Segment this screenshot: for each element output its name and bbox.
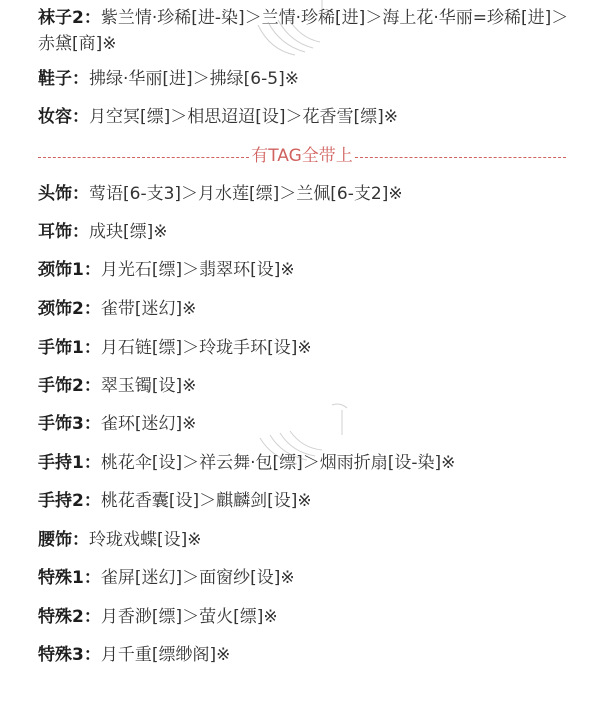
item-label: 颈饰2： (38, 299, 101, 319)
item-row-waist: 腰饰：玲珑戏蝶[设]※ (38, 527, 202, 553)
item-label: 鞋子： (38, 69, 89, 89)
item-value: 翠玉镯[设]※ (101, 376, 197, 396)
item-label: 袜子2： (38, 8, 101, 28)
item-row-socks-2: 袜子2：紫兰情·珍稀[进-染]＞兰情·珍稀[进]＞海上花·华丽=珍稀[进]＞赤黛… (38, 5, 578, 57)
item-label: 头饰： (38, 184, 89, 204)
item-label: 腰饰： (38, 530, 89, 550)
section-divider: 有TAG全带上 (38, 143, 566, 169)
item-value: 月千重[缥缈阁]※ (101, 645, 231, 665)
item-value: 紫兰情·珍稀[进-染]＞兰情·珍稀[进]＞海上花·华丽=珍稀[进]＞赤黛[商]※ (38, 8, 568, 54)
item-row-bracelet-3: 手饰3：雀环[迷幻]※ (38, 411, 196, 437)
item-row-handheld-1: 手持1：桃花伞[设]＞祥云舞·包[缥]＞烟雨折扇[设-染]※ (38, 450, 455, 476)
item-row-special-3: 特殊3：月千重[缥缈阁]※ (38, 642, 230, 668)
item-row-makeup: 妆容：月空冥[缥]＞相思迢迢[设]＞花香雪[缥]※ (38, 104, 398, 130)
divider-line-left (38, 157, 249, 158)
item-value: 月石链[缥]＞玲珑手环[设]※ (101, 338, 312, 358)
item-value: 桃花伞[设]＞祥云舞·包[缥]＞烟雨折扇[设-染]※ (101, 453, 456, 473)
item-label: 手饰3： (38, 414, 101, 434)
item-row-necklace-2: 颈饰2：雀带[迷幻]※ (38, 296, 196, 322)
item-label: 妆容： (38, 107, 89, 127)
item-value: 成玦[缥]※ (89, 222, 168, 242)
item-value: 拂绿·华丽[进]＞拂绿[6-5]※ (89, 69, 299, 89)
item-label: 手持1： (38, 453, 101, 473)
item-label: 耳饰： (38, 222, 89, 242)
item-row-necklace-1: 颈饰1：月光石[缥]＞翡翠环[设]※ (38, 257, 295, 283)
item-value: 雀屏[迷幻]＞面窗纱[设]※ (101, 568, 295, 588)
item-label: 颈饰1： (38, 260, 101, 280)
divider-title: 有TAG全带上 (249, 143, 355, 169)
item-row-bracelet-2: 手饰2：翠玉镯[设]※ (38, 373, 196, 399)
item-value: 月香渺[缥]＞萤火[缥]※ (101, 607, 278, 627)
item-row-earrings: 耳饰：成玦[缥]※ (38, 219, 168, 245)
item-value: 莺语[6-支3]＞月水莲[缥]＞兰佩[6-支2]※ (89, 184, 403, 204)
item-label: 手饰2： (38, 376, 101, 396)
item-value: 月光石[缥]＞翡翠环[设]※ (101, 260, 295, 280)
item-row-bracelet-1: 手饰1：月石链[缥]＞玲珑手环[设]※ (38, 335, 312, 361)
item-label: 手饰1： (38, 338, 101, 358)
item-label: 手持2： (38, 491, 101, 511)
item-label: 特殊3： (38, 645, 101, 665)
item-value: 雀带[迷幻]※ (101, 299, 197, 319)
item-value: 玲珑戏蝶[设]※ (89, 530, 202, 550)
item-value: 雀环[迷幻]※ (101, 414, 197, 434)
item-row-handheld-2: 手持2：桃花香囊[设]＞麒麟剑[设]※ (38, 488, 312, 514)
divider-line-right (355, 157, 566, 158)
item-value: 桃花香囊[设]＞麒麟剑[设]※ (101, 491, 312, 511)
item-row-shoes: 鞋子：拂绿·华丽[进]＞拂绿[6-5]※ (38, 66, 299, 92)
item-value: 月空冥[缥]＞相思迢迢[设]＞花香雪[缥]※ (89, 107, 398, 127)
item-label: 特殊1： (38, 568, 101, 588)
item-row-headwear: 头饰：莺语[6-支3]＞月水莲[缥]＞兰佩[6-支2]※ (38, 181, 403, 207)
item-row-special-1: 特殊1：雀屏[迷幻]＞面窗纱[设]※ (38, 565, 295, 591)
item-row-special-2: 特殊2：月香渺[缥]＞萤火[缥]※ (38, 604, 278, 630)
item-label: 特殊2： (38, 607, 101, 627)
